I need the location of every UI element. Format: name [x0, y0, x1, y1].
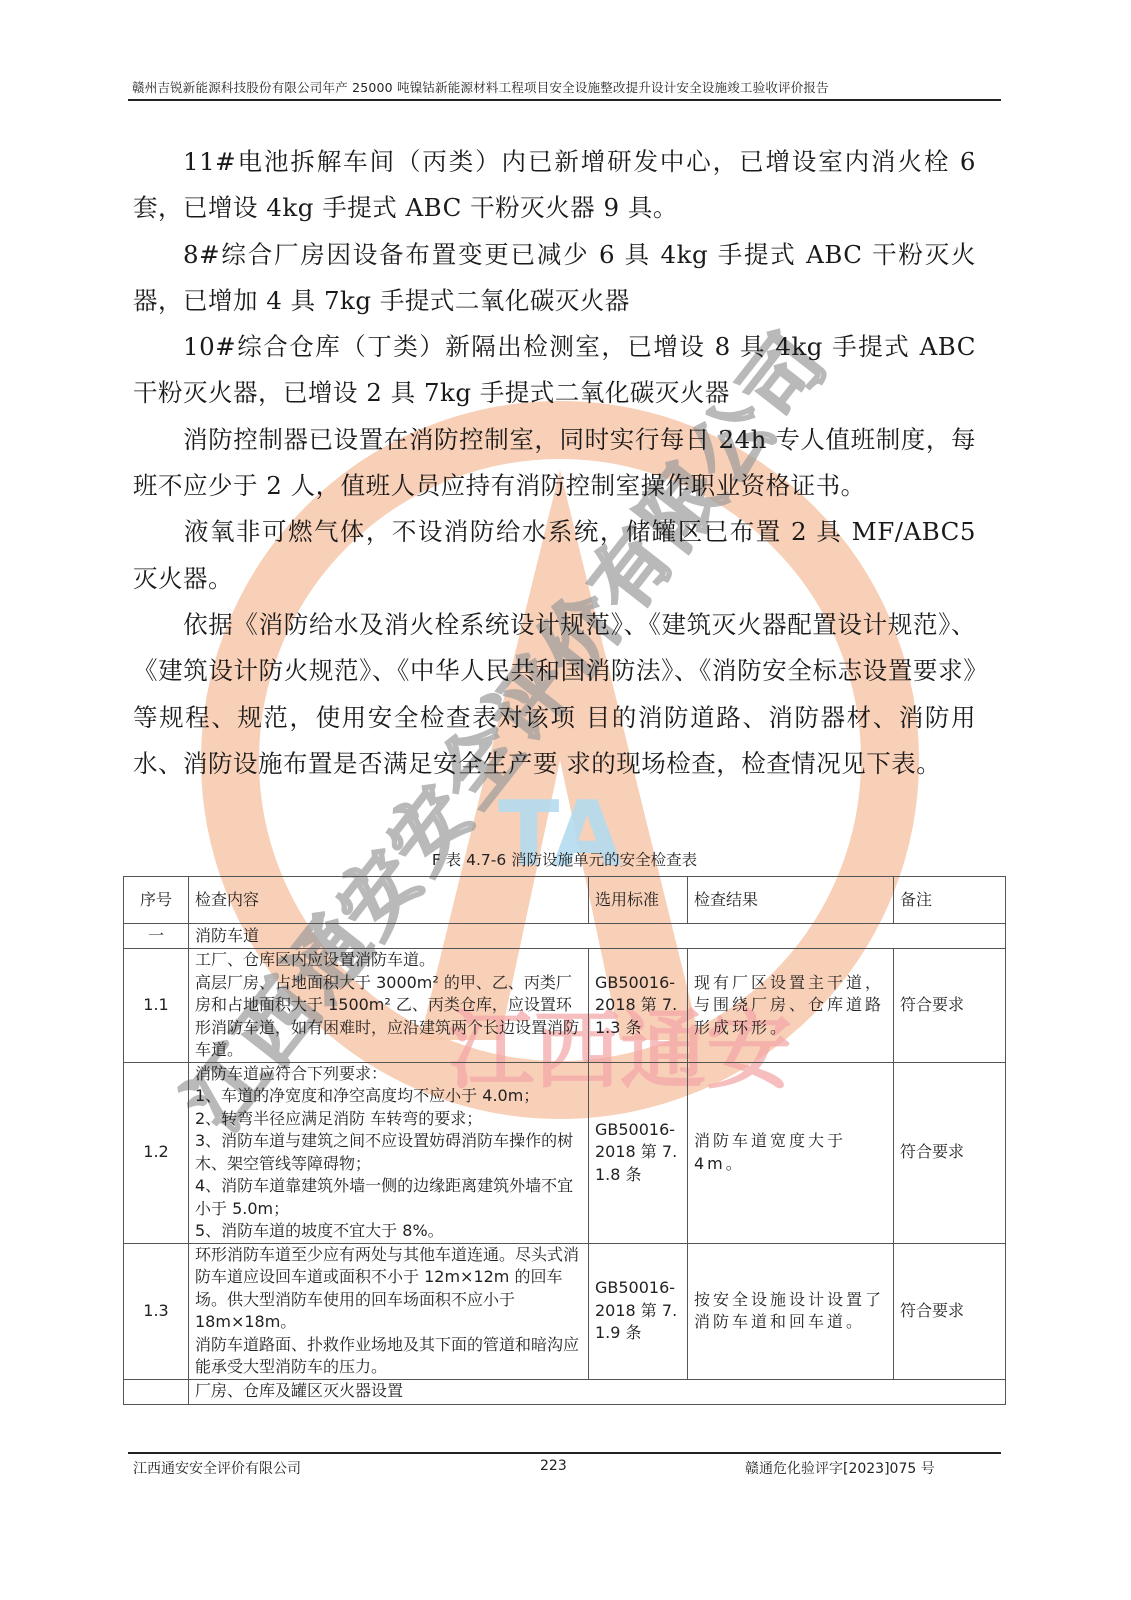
row-no: 1.3	[124, 1243, 189, 1379]
row-standard: GB50016-2018 第 7.1.9 条	[589, 1243, 688, 1379]
header-divider	[128, 99, 1001, 101]
header-result: 检查结果	[688, 877, 894, 924]
paragraph: 消防控制器已设置在消防控制室，同时实行每日 24h 专人值班制度，每班不应少于 …	[133, 417, 976, 510]
row-content: 工厂、仓库区内应设置消防车道。 高层厂房、占地面积大于 3000m² 的甲、乙、…	[189, 949, 589, 1063]
table-header-row: 序号 检查内容 选用标准 检查结果 备注	[124, 877, 1006, 924]
row-result: 按安全设施设计设置了消防车道和回车道。	[688, 1243, 894, 1379]
row-content: 环形消防车道至少应有两处与其他车道连通。尽头式消防车道应设回车道或面积不小于 1…	[189, 1243, 589, 1379]
footer-divider	[128, 1452, 1001, 1454]
table-caption: F 表 4.7-6 消防设施单元的安全检查表	[123, 848, 1006, 870]
header-no: 序号	[124, 877, 189, 924]
row-remark: 符合要求	[894, 1062, 1006, 1243]
table-row: 1.2 消防车道应符合下列要求： 1、车道的净宽度和净空高度均不应小于 4.0m…	[124, 1062, 1006, 1243]
footer-doc-number: 赣通危化验评字[2023]075 号	[745, 1458, 935, 1478]
row-standard: GB50016-2018 第 7.1.3 条	[589, 949, 688, 1063]
row-result: 消防车道宽度大于 4m。	[688, 1062, 894, 1243]
running-header: 赣州吉锐新能源科技股份有限公司年产 25000 吨镍钴新能源材料工程项目安全设施…	[132, 78, 1000, 96]
paragraph: 依据《消防给水及消火栓系统设计规范》、《建筑灭火器配置设计规范》、《建筑设计防火…	[133, 602, 976, 787]
page-number: 223	[540, 1458, 567, 1474]
row-content: 消防车道应符合下列要求： 1、车道的净宽度和净空高度均不应小于 4.0m； 2、…	[189, 1062, 589, 1243]
safety-check-table: 序号 检查内容 选用标准 检查结果 备注 一 消防车道 1.1 工厂、仓库区内应…	[123, 876, 1006, 1405]
header-remark: 备注	[894, 877, 1006, 924]
section-row: 一 消防车道	[124, 924, 1006, 949]
row-remark: 符合要求	[894, 949, 1006, 1063]
footer-company: 江西通安安全评价有限公司	[133, 1458, 301, 1478]
paragraph: 8#综合厂房因设备布置变更已减少 6 具 4kg 手提式 ABC 干粉灭火器，已…	[133, 232, 976, 325]
table-row: 1.3 环形消防车道至少应有两处与其他车道连通。尽头式消防车道应设回车道或面积不…	[124, 1243, 1006, 1379]
row-no: 1.1	[124, 949, 189, 1063]
section-row: 厂房、仓库及罐区灭火器设置	[124, 1379, 1006, 1404]
paragraph: 10#综合仓库（丁类）新隔出检测室，已增设 8 具 4kg 手提式 ABC 干粉…	[133, 324, 976, 417]
section-title: 消防车道	[189, 924, 1006, 949]
header-standard: 选用标准	[589, 877, 688, 924]
table-row: 1.1 工厂、仓库区内应设置消防车道。 高层厂房、占地面积大于 3000m² 的…	[124, 949, 1006, 1063]
section-title: 厂房、仓库及罐区灭火器设置	[189, 1379, 1006, 1404]
header-content: 检查内容	[189, 877, 589, 924]
document-page: 赣州吉锐新能源科技股份有限公司年产 25000 吨镍钴新能源材料工程项目安全设施…	[0, 0, 1131, 1600]
row-no: 1.2	[124, 1062, 189, 1243]
paragraph: 液氧非可燃气体，不设消防给水系统，储罐区已布置 2 具 MF/ABC5 灭火器。	[133, 509, 976, 602]
row-result: 现有厂区设置主干道，与围绕厂房、仓库道路形成环形。	[688, 949, 894, 1063]
body-text: 11#电池拆解车间（丙类）内已新增研发中心，已增设室内消火栓 6 套，已增设 4…	[133, 139, 976, 787]
row-remark: 符合要求	[894, 1243, 1006, 1379]
paragraph: 11#电池拆解车间（丙类）内已新增研发中心，已增设室内消火栓 6 套，已增设 4…	[133, 139, 976, 232]
row-standard: GB50016-2018 第 7.1.8 条	[589, 1062, 688, 1243]
